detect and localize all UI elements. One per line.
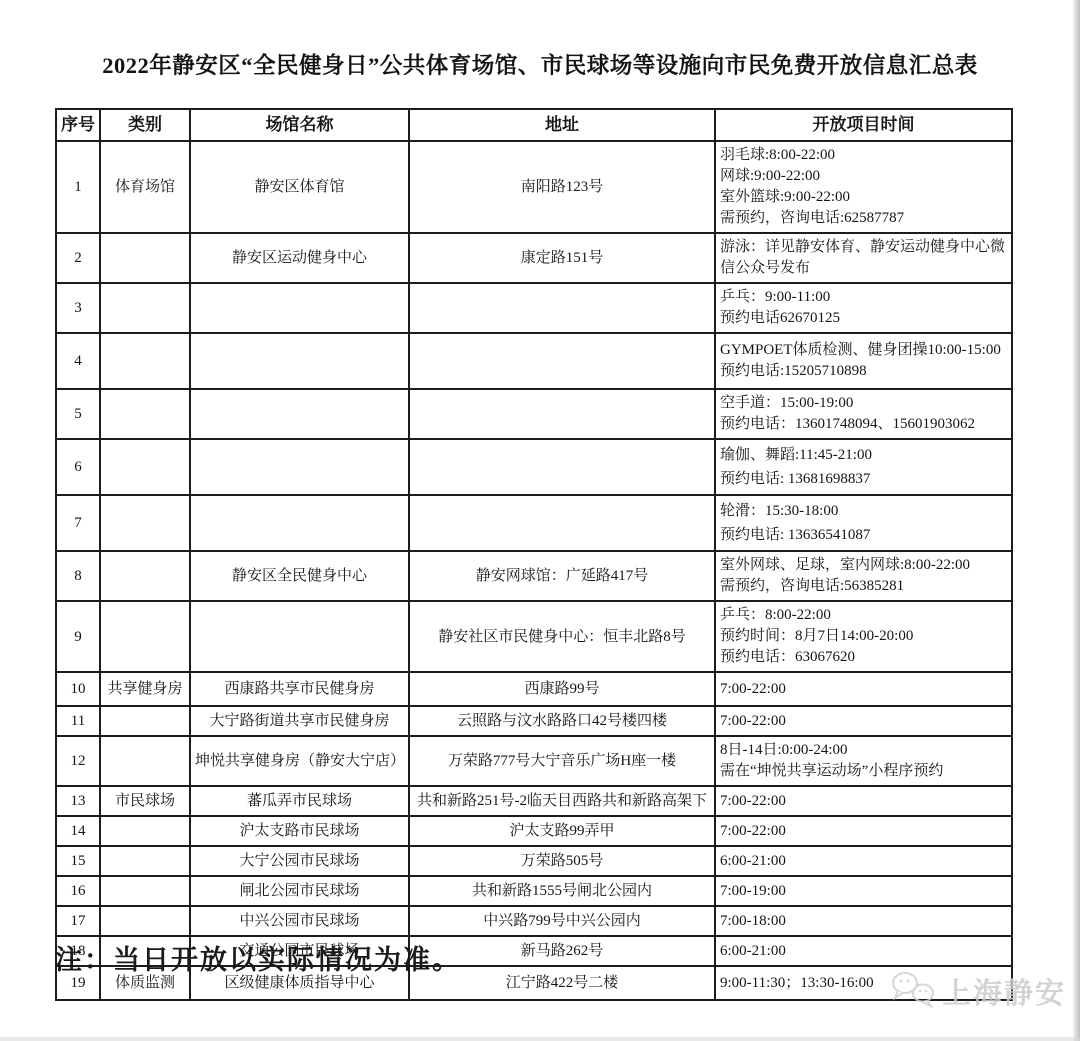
open-time-line: 室外网球、足球，室内网球:8:00-22:00	[720, 555, 1007, 576]
address-cell: 静安网球馆：广延路417号	[409, 551, 715, 601]
address-cell	[409, 333, 715, 389]
address-cell: 南阳路123号	[409, 141, 715, 233]
open-time-line: 7:00-19:00	[720, 881, 1007, 902]
row-number-cell: 10	[56, 672, 100, 706]
open-time-line: 6:00-21:00	[720, 851, 1007, 872]
category-cell	[100, 439, 190, 495]
scan-edge-right	[1073, 0, 1080, 1041]
open-time-cell: GYMPOET体质检测、健身团操10:00-15:00预约电话:15205710…	[715, 333, 1012, 389]
venues-table: 序号 类别 场馆名称 地址 开放项目时间 1体育场馆静安区体育馆南阳路123号羽…	[55, 108, 1013, 1001]
open-time-cell: 乒乓：8:00-22:00预约时间：8月7日14:00-20:00预约电话：63…	[715, 601, 1012, 672]
category-cell	[100, 706, 190, 736]
category-cell	[100, 389, 190, 439]
address-cell: 中兴路799号中兴公园内	[409, 906, 715, 936]
row-number-cell: 1	[56, 141, 100, 233]
venue-name-cell: 西康路共享市民健身房	[190, 672, 409, 706]
row-number-cell: 8	[56, 551, 100, 601]
category-cell	[100, 495, 190, 551]
row-number-cell: 6	[56, 439, 100, 495]
footnote: 注：当日开放以实际情况为准。	[55, 938, 461, 977]
open-time-cell: 7:00-22:00	[715, 672, 1012, 706]
row-number-cell: 2	[56, 233, 100, 283]
open-time-line: 预约电话：13601748094、15601903062	[720, 414, 1007, 435]
category-cell	[100, 551, 190, 601]
watermark: 上海静安	[891, 970, 1066, 1013]
table-row: 4GYMPOET体质检测、健身团操10:00-15:00预约电话:1520571…	[56, 333, 1012, 389]
venue-name-cell	[190, 601, 409, 672]
header-no: 序号	[56, 109, 100, 141]
venue-name-cell: 蕃瓜弄市民球场	[190, 786, 409, 816]
open-time-line: 游泳：详见静安体育、静安运动健身中心微信公众号发布	[720, 237, 1007, 279]
open-time-line: 预约电话:15205710898	[720, 361, 1007, 382]
table-header: 序号 类别 场馆名称 地址 开放项目时间	[56, 109, 1012, 141]
open-time-line: 室外篮球:9:00-22:00	[720, 187, 1007, 208]
category-cell	[100, 233, 190, 283]
wechat-icon	[891, 970, 937, 1013]
table-row: 8静安区全民健身中心静安网球馆：广延路417号室外网球、足球，室内网球:8:00…	[56, 551, 1012, 601]
row-number-cell: 5	[56, 389, 100, 439]
table-row: 2静安区运动健身中心康定路151号游泳：详见静安体育、静安运动健身中心微信公众号…	[56, 233, 1012, 283]
row-number-cell: 3	[56, 283, 100, 333]
open-time-cell: 7:00-22:00	[715, 786, 1012, 816]
row-number-cell: 12	[56, 736, 100, 786]
category-cell: 市民球场	[100, 786, 190, 816]
venue-name-cell: 中兴公园市民球场	[190, 906, 409, 936]
open-time-cell: 6:00-21:00	[715, 936, 1012, 966]
address-cell: 静安社区市民健身中心：恒丰北路8号	[409, 601, 715, 672]
open-time-cell: 7:00-18:00	[715, 906, 1012, 936]
page-title: 2022年静安区“全民健身日”公共体育场馆、市民球场等设施向市民免费开放信息汇总…	[40, 48, 1040, 80]
address-cell: 西康路99号	[409, 672, 715, 706]
open-time-line: 乒乓：9:00-11:00	[720, 287, 1007, 308]
venue-name-cell: 沪太支路市民球场	[190, 816, 409, 846]
address-cell: 云照路与汶水路路口42号楼四楼	[409, 706, 715, 736]
address-cell: 万荣路777号大宁音乐广场H座一楼	[409, 736, 715, 786]
address-cell: 共和新路1555号闸北公园内	[409, 876, 715, 906]
venue-name-cell: 大宁公园市民球场	[190, 846, 409, 876]
open-time-cell: 6:00-21:00	[715, 846, 1012, 876]
row-number-cell: 9	[56, 601, 100, 672]
open-time-cell: 轮滑：15:30-18:00预约电话: 13636541087	[715, 495, 1012, 551]
open-time-line: 预约电话: 13636541087	[720, 523, 1007, 547]
venue-name-cell: 静安区全民健身中心	[190, 551, 409, 601]
venue-name-cell	[190, 439, 409, 495]
address-cell: 万荣路505号	[409, 846, 715, 876]
open-time-line: 7:00-22:00	[720, 821, 1007, 842]
table-row: 14沪太支路市民球场沪太支路99弄甲7:00-22:00	[56, 816, 1012, 846]
open-time-line: 预约电话62670125	[720, 308, 1007, 329]
open-time-line: 空手道：15:00-19:00	[720, 393, 1007, 414]
category-cell	[100, 846, 190, 876]
table-row: 5空手道：15:00-19:00预约电话：13601748094、1560190…	[56, 389, 1012, 439]
venue-name-cell: 静安区运动健身中心	[190, 233, 409, 283]
open-time-line: 6:00-21:00	[720, 941, 1007, 962]
open-time-cell: 室外网球、足球，室内网球:8:00-22:00需预约，咨询电话:56385281	[715, 551, 1012, 601]
address-cell	[409, 495, 715, 551]
open-time-line: 预约电话：63067620	[720, 647, 1007, 668]
open-time-cell: 空手道：15:00-19:00预约电话：13601748094、15601903…	[715, 389, 1012, 439]
open-time-line: 需在“坤悦共享运动场”小程序预约	[720, 761, 1007, 782]
venue-name-cell	[190, 495, 409, 551]
header-row: 序号 类别 场馆名称 地址 开放项目时间	[56, 109, 1012, 141]
open-time-line: 7:00-22:00	[720, 679, 1007, 700]
open-time-line: 预约时间：8月7日14:00-20:00	[720, 626, 1007, 647]
table-row: 3乒乓：9:00-11:00预约电话62670125	[56, 283, 1012, 333]
category-cell: 体育场馆	[100, 141, 190, 233]
row-number-cell: 7	[56, 495, 100, 551]
open-time-cell: 7:00-22:00	[715, 706, 1012, 736]
open-time-cell: 7:00-19:00	[715, 876, 1012, 906]
open-time-cell: 7:00-22:00	[715, 816, 1012, 846]
table-body: 1体育场馆静安区体育馆南阳路123号羽毛球:8:00-22:00网球:9:00-…	[56, 141, 1012, 1000]
address-cell	[409, 439, 715, 495]
row-number-cell: 17	[56, 906, 100, 936]
category-cell: 共享健身房	[100, 672, 190, 706]
row-number-cell: 15	[56, 846, 100, 876]
table-row: 15大宁公园市民球场万荣路505号6:00-21:00	[56, 846, 1012, 876]
table-row: 11大宁路街道共享市民健身房云照路与汶水路路口42号楼四楼7:00-22:00	[56, 706, 1012, 736]
watermark-label: 上海静安	[942, 971, 1066, 1012]
table-row: 17中兴公园市民球场中兴路799号中兴公园内7:00-18:00	[56, 906, 1012, 936]
venue-name-cell: 坤悦共享健身房（静安大宁店）	[190, 736, 409, 786]
open-time-line: GYMPOET体质检测、健身团操10:00-15:00	[720, 340, 1007, 361]
category-cell	[100, 283, 190, 333]
venue-name-cell: 闸北公园市民球场	[190, 876, 409, 906]
address-cell: 康定路151号	[409, 233, 715, 283]
category-cell	[100, 816, 190, 846]
venue-name-cell	[190, 333, 409, 389]
address-cell: 沪太支路99弄甲	[409, 816, 715, 846]
table-row: 16闸北公园市民球场共和新路1555号闸北公园内7:00-19:00	[56, 876, 1012, 906]
venue-name-cell	[190, 283, 409, 333]
venue-name-cell: 静安区体育馆	[190, 141, 409, 233]
table-row: 10共享健身房西康路共享市民健身房西康路99号7:00-22:00	[56, 672, 1012, 706]
venue-name-cell	[190, 389, 409, 439]
open-time-line: 羽毛球:8:00-22:00	[720, 145, 1007, 166]
open-time-cell: 乒乓：9:00-11:00预约电话62670125	[715, 283, 1012, 333]
header-category: 类别	[100, 109, 190, 141]
category-cell	[100, 333, 190, 389]
open-time-cell: 游泳：详见静安体育、静安运动健身中心微信公众号发布	[715, 233, 1012, 283]
category-cell	[100, 736, 190, 786]
open-time-line: 预约电话: 13681698837	[720, 467, 1007, 491]
table-row: 12坤悦共享健身房（静安大宁店）万荣路777号大宁音乐广场H座一楼8日-14日:…	[56, 736, 1012, 786]
open-time-line: 轮滑：15:30-18:00	[720, 499, 1007, 523]
header-address: 地址	[409, 109, 715, 141]
table-row: 13市民球场蕃瓜弄市民球场共和新路251号-2临天目西路共和新路高架下7:00-…	[56, 786, 1012, 816]
open-time-line: 需预约，咨询电话:62587787	[720, 208, 1007, 229]
open-time-cell: 瑜伽、舞蹈:11:45-21:00预约电话: 13681698837	[715, 439, 1012, 495]
address-cell	[409, 283, 715, 333]
open-time-line: 网球:9:00-22:00	[720, 166, 1007, 187]
open-time-line: 需预约，咨询电话:56385281	[720, 576, 1007, 597]
open-time-cell: 8日-14日:0:00-24:00需在“坤悦共享运动场”小程序预约	[715, 736, 1012, 786]
address-cell	[409, 389, 715, 439]
header-venue-name: 场馆名称	[190, 109, 409, 141]
table-row: 9静安社区市民健身中心：恒丰北路8号乒乓：8:00-22:00预约时间：8月7日…	[56, 601, 1012, 672]
table-row: 6瑜伽、舞蹈:11:45-21:00预约电话: 13681698837	[56, 439, 1012, 495]
category-cell	[100, 906, 190, 936]
address-cell: 共和新路251号-2临天目西路共和新路高架下	[409, 786, 715, 816]
row-number-cell: 11	[56, 706, 100, 736]
row-number-cell: 4	[56, 333, 100, 389]
table-row: 1体育场馆静安区体育馆南阳路123号羽毛球:8:00-22:00网球:9:00-…	[56, 141, 1012, 233]
open-time-line: 乒乓：8:00-22:00	[720, 605, 1007, 626]
category-cell	[100, 876, 190, 906]
header-open-time: 开放项目时间	[715, 109, 1012, 141]
open-time-line: 7:00-18:00	[720, 911, 1007, 932]
category-cell	[100, 601, 190, 672]
open-time-cell: 羽毛球:8:00-22:00网球:9:00-22:00室外篮球:9:00-22:…	[715, 141, 1012, 233]
venue-name-cell: 大宁路街道共享市民健身房	[190, 706, 409, 736]
table-row: 7轮滑：15:30-18:00预约电话: 13636541087	[56, 495, 1012, 551]
open-time-line: 8日-14日:0:00-24:00	[720, 740, 1007, 761]
open-time-line: 瑜伽、舞蹈:11:45-21:00	[720, 443, 1007, 467]
open-time-line: 7:00-22:00	[720, 711, 1007, 732]
row-number-cell: 13	[56, 786, 100, 816]
scan-edge-bottom	[0, 1037, 1080, 1041]
row-number-cell: 14	[56, 816, 100, 846]
open-time-line: 7:00-22:00	[720, 791, 1007, 812]
row-number-cell: 16	[56, 876, 100, 906]
